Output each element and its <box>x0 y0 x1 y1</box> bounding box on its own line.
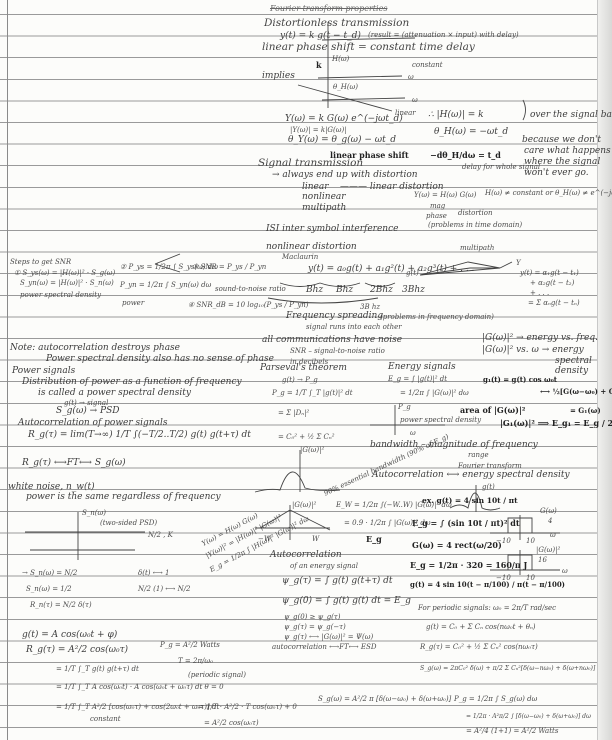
parseval-l4: = C₀² + ½ Σ Cₙ² <box>278 432 335 442</box>
ebw-eg: E_g <box>366 534 382 544</box>
white-noise-line: power is the same regardless of frequenc… <box>26 492 221 502</box>
sq-h: 16 <box>538 555 547 565</box>
multipath-eq-1: + α₂g(t − t₂) <box>530 278 574 288</box>
power-called: is called a power spectral density <box>38 388 191 398</box>
power-dist: Distribution of power as a function of f… <box>22 377 242 387</box>
esd-line4: density <box>555 366 588 376</box>
white-noise-heading: white noise, n_w(t) <box>8 482 95 492</box>
psd-axis-w: ω <box>410 428 416 438</box>
bw-2: 2Bhz <box>370 285 393 295</box>
struck-heading: Fourier transform properties <box>270 4 387 14</box>
example-gt: g(t) <box>482 482 495 492</box>
notebook-page: Fourier transform properties Distortionl… <box>0 0 612 740</box>
deriv-td: −dθ_H/dω = t_d <box>430 150 501 160</box>
psd-axis-p: P_g <box>398 402 411 412</box>
snr-step4: ④ SNR_dB = 10 log₁₀(P_ys / P_yn) <box>188 300 309 310</box>
periodic-l1: g(t) = C₀ + Σ Cₙ cos(nω₀t + θₙ) <box>426 622 536 632</box>
distortionless-heading: Distortionless transmission <box>264 18 409 28</box>
sg-psd: S_g(ω) → PSD <box>56 406 120 416</box>
because-note-1: because we don't <box>522 135 601 145</box>
periodic-l3: S_g(ω) = 2πC₀² δ(ω) + π/2 Σ Cₙ²[δ(ω−nω₀)… <box>420 664 595 674</box>
cos-T: T = 2π/ω₀ <box>178 656 213 666</box>
because-note-2: care what happens <box>524 146 611 156</box>
freq-note: (problems in frequency domain) <box>380 312 494 322</box>
periodic-heading: For periodic signals: ω₀ = 2π/T rad/sec <box>418 603 556 613</box>
nonlinear-label: nonlinear <box>302 192 346 202</box>
multipath-eq-2: + . . . <box>530 288 549 298</box>
cos-p2: = 1/2π · A²π/2 ∫ [δ(ω−ω₀) + δ(ω+ω₀)] dω <box>466 712 591 722</box>
rect-h: 4 <box>548 516 552 526</box>
sq-tick-1: 10 <box>526 573 535 583</box>
isi-line: ISI inter symbol interference <box>266 224 398 234</box>
parseval-l3: = Σ |Dₙ|² <box>278 408 309 418</box>
cos-g: g(t) = A cos(ω₀t + φ) <box>22 630 117 640</box>
always-distortion: → always end up with distortion <box>272 170 418 180</box>
power-label: power <box>122 298 144 308</box>
linear-phase-line: linear phase shift = constant time delay <box>262 42 475 52</box>
example-eg-int: E_g = ∫ (sin 10t / πt)² dt <box>412 518 520 528</box>
energy-l1: E_g = ∫ |g(t)|² dt <box>388 374 447 384</box>
snr-step1b: S_yn(ω) = |H(ω)|² · S_n(ω) <box>20 278 114 288</box>
cos-sg: S_g(ω) = A²/2 π [δ(ω−ω₀) + δ(ω+ω₀)] <box>318 694 451 704</box>
wn-level: N/2 , K <box>148 530 173 540</box>
cos-d3: = 1/T ∫_T A²/2 [cos(ω₀τ) + cos(2ω₀t + ω₀… <box>56 702 219 712</box>
parseval-l2: P_g = 1/T ∫_T |g(t)|² dt <box>272 388 353 398</box>
bandwidth-range: range <box>468 450 489 460</box>
autocorr-note1: Note: autocorrelation destroys phase <box>10 343 180 353</box>
example-ex: ex. g(t) = 4 sin 10t / πt <box>422 496 518 506</box>
cos-constant: constant <box>90 714 121 724</box>
esd-line1: |G(ω)|² → energy vs. freq. <box>482 333 598 343</box>
therefore-theta: θ_H(ω) = −ωt_d <box>434 127 508 137</box>
periodic-l2: R_g(τ) = C₀² + ½ Σ Cₙ² cos(nω₀τ) <box>420 642 538 652</box>
distortionless-eq1-note: (result = (attenuation × input) with del… <box>368 30 519 40</box>
cos-rg: R_g(τ) = A²/2 cos(ω₀τ) <box>26 645 128 655</box>
graph-constant: constant <box>412 60 443 70</box>
example-eg-val: E_g = 1/2π · 320 = 160/π J <box>410 560 527 570</box>
graph-theta: θ_H(ω) <box>333 82 358 92</box>
rect-label: G(ω) <box>540 506 557 516</box>
cos-d2: = 1/T ∫_T A cos(ω₀t) · A cos(ω₀t + ω₀τ) … <box>56 682 224 692</box>
ac-energy-l5: ψ_g(τ) ⟷ |G(ω)|² = Ψ(ω) <box>284 632 373 642</box>
ac-energy-l6: autocorrelation ⟷FT⟷ ESD <box>272 642 376 652</box>
rect-tick-0: −10 <box>496 536 511 546</box>
distortionless-eq3: |Y(ω)| = k|G(ω)| <box>290 125 347 135</box>
psd-label: power spectral density <box>20 290 101 300</box>
because-note-3: where the signal <box>524 157 600 167</box>
snr-def: SNR – signal-to-noise ratio <box>290 346 385 356</box>
time-problem: (problems in time domain) <box>428 220 522 230</box>
bw-0: Bhz <box>306 285 323 295</box>
graph-w2: ω <box>412 95 418 105</box>
rg-ft: R_g(τ) ⟷FT⟷ S_g(ω) <box>22 458 126 468</box>
graph-H: H(ω) <box>332 54 349 64</box>
bracket-note: over the signal bandwidth <box>530 110 612 120</box>
ac-energy-sub: of an energy signal <box>290 561 358 571</box>
energy-heading: Energy signals <box>388 362 456 372</box>
wn-graph-note: (two-sided PSD) <box>100 518 157 528</box>
implies-label: implies <box>262 71 295 81</box>
graph-w1: ω <box>408 72 414 82</box>
distortionless-eq2: Y(ω) = k G(ω) e^(−jωt_d) <box>285 114 403 124</box>
maclaurin: Maclaurin <box>282 252 318 262</box>
nonlinear-heading: nonlinear distortion <box>266 242 357 252</box>
bandwidth-line: bandwidth – magnitude of frequency <box>370 440 538 450</box>
wn-sn1: → S_n(ω) = N/2 <box>22 568 77 578</box>
freq-spreading: Frequency spreading <box>286 311 383 321</box>
distortionless-eq4: θ_Y(ω) = θ_g(ω) − ωt_d <box>288 135 396 145</box>
hw-note: H(ω) ≠ constant or θ_H(ω) ≠ e^(−jωt_d) <box>485 188 612 198</box>
all-comm: all communications have noise <box>262 335 402 345</box>
sq-tick-2: ω <box>562 566 568 576</box>
ac-energy-l4: ψ_g(τ) = ψ_g(−τ) <box>284 622 346 632</box>
ebw-graph2-label: |G(ω)|² <box>292 500 316 510</box>
cos-d5: = A²/2 cos(ω₀τ) <box>204 718 259 728</box>
series-eq: y(t) = a₀g(t) + a₁g²(t) + a₂g³(t) + . . … <box>308 264 474 274</box>
autocorr-esd: Autocorrelation ⟷ energy spectral densit… <box>372 470 570 480</box>
multipath-heading: multipath <box>460 243 494 253</box>
multipath-y: Y <box>516 258 521 268</box>
runs-into: signal runs into each other <box>306 322 402 332</box>
esd-line3: spectral <box>555 356 592 366</box>
distortionless-eq1: y(t) = k g(t − t_d) <box>280 31 361 41</box>
rect-tick-2: ω <box>550 530 556 540</box>
rg-def: R_g(τ) = lim(T→∞) 1/T ∫(−T/2..T/2) g(t) … <box>28 430 251 440</box>
because-note-4: won't ever go. <box>524 168 589 178</box>
cos-periodic: (periodic signal) <box>188 670 246 680</box>
example-Gw: G(ω) = 4 rect(ω/20) <box>412 540 502 550</box>
yhg-eq: Y(ω) = H(ω) G(ω) <box>414 190 476 200</box>
multipath-eq-3: = Σ αₙg(t − tₙ) <box>528 298 580 308</box>
wn-sn2: S_n(ω) = 1/2 <box>26 584 72 594</box>
signal-transmission-heading: Signal transmission <box>258 158 363 168</box>
snr-step1a: ① S_ys(ω) = |H(ω)|² · S_g(ω) <box>14 268 115 278</box>
ac-energy-heading: Autocorrelation <box>270 550 342 560</box>
energy-l2: = 1/2π ∫ |G(ω)|² dω <box>400 388 469 398</box>
ac-energy-l2: ψ_g(0) = ∫ g(t) g(t) dt = E_g <box>282 596 411 606</box>
example-g-shift: g(t) = 4 sin 10(t − π/100) / π(t − π/100… <box>410 580 565 590</box>
multipath-eq-0: y(t) = α₁g(t − t₁) <box>520 268 579 278</box>
wn-d2: N/2 (1) ⟷ N/2 <box>138 584 191 594</box>
cos-d4: = 1/T · A²/2 · T cos(ω₀τ) + 0 <box>198 702 297 712</box>
cos-p3: = A²/4 (1+1) = A²/2 Watts <box>466 726 558 736</box>
energy-area: area of |G(ω)|² <box>460 405 525 415</box>
multipath-label: multipath <box>302 203 346 213</box>
cos-p1: P_g = 1/2π ∫ S_g(ω) dω <box>454 694 537 704</box>
ebw-graph-label: |G(ω)|² <box>300 445 324 455</box>
psd-graph-label: power spectral density <box>400 415 481 425</box>
cos-pg: P_g = A²/2 Watts <box>160 640 220 650</box>
rect-tick-1: 10 <box>526 536 535 546</box>
bw-1: Bhz <box>336 285 353 295</box>
autocorr-power-heading: Autocorrelation of power signals <box>18 418 167 428</box>
mag-label: mag <box>430 201 445 211</box>
mod-eq2: ⟷ ½[G(ω−ω₀) + G(ω+ω₀)] <box>540 387 612 397</box>
snr-step2b: P_yn = 1/2π ∫ S_yn(ω) dω <box>120 280 211 290</box>
parseval-heading: Parseval's theorem <box>260 363 347 373</box>
snr-step3: ③ SNR = P_ys / P_yn <box>192 262 266 272</box>
sound-note: sound-to-noise ratio <box>215 284 286 294</box>
ac-energy-l1: ψ_g(τ) = ∫ g(t) g(t+τ) dt <box>282 576 393 586</box>
parseval-l1: g(t) → P_g <box>282 375 318 385</box>
snr-steps-heading: Steps to get SNR <box>10 257 71 267</box>
linear-label: linear <box>302 182 329 192</box>
wn-rn: R_n(τ) = N/2 δ(τ) <box>30 600 92 610</box>
mod-eq4: |G₁(ω)|² ⟹ E_g₁ = E_g / 2 <box>500 418 612 428</box>
ac-energy-l3: ψ_g(0) ≥ ψ_g(τ) <box>284 612 341 622</box>
bw-3: 3Bhz <box>402 285 425 295</box>
mod-eq3: = G₁(ω) <box>570 406 601 416</box>
sq-tick-0: −10 <box>496 573 511 583</box>
cos-d1: = 1/T ∫_T g(t) g(t+τ) dt <box>56 664 139 674</box>
autocorr-note2: Power spectral density also has no sense… <box>46 354 274 364</box>
sq-label: |G(ω)|² <box>536 545 560 555</box>
distortion-label: distortion <box>458 208 492 218</box>
wn-graph-label: S_n(ω) <box>82 508 106 518</box>
multipath-g: g(t) <box>406 268 419 278</box>
graph-k: k <box>316 60 322 70</box>
mod-eq1: g₁(t) = g(t) cos ω₀t <box>483 375 557 385</box>
therefore-k: ∴ |H(ω)| = k <box>428 110 484 120</box>
power-signals-heading: Power signals <box>12 366 75 376</box>
ebw-wpos: W <box>312 534 319 544</box>
wn-d1: δ(t) ⟷ 1 <box>138 568 169 578</box>
esd-line2: |G(ω)|² vs. ω → energy <box>482 345 584 355</box>
